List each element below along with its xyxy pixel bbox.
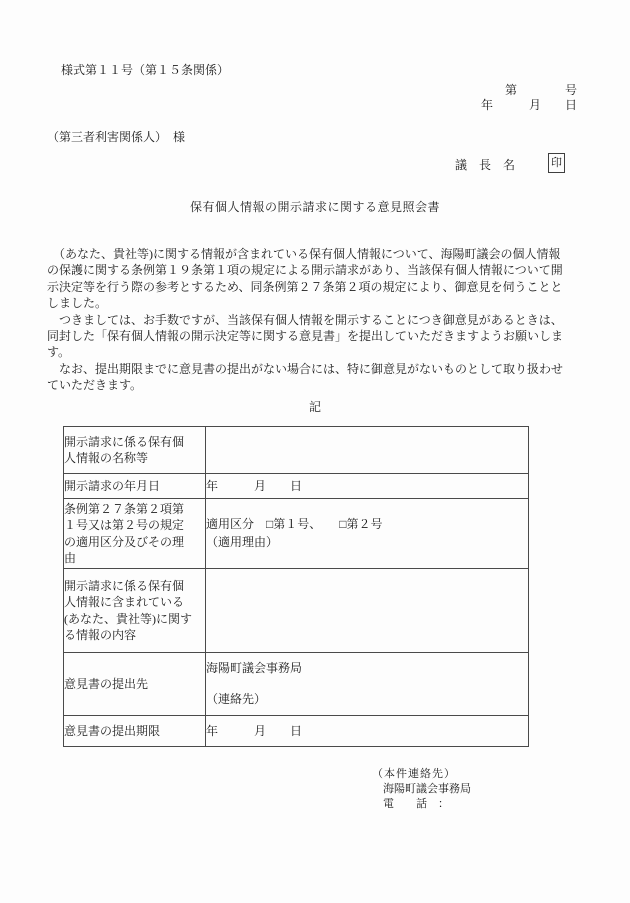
table-row-applicable-category: 条例第２７条第２項第 １号又は第２号の規定 の適用区分及びその理 由 適用区分 … (64, 499, 529, 569)
footer-contact-org: 海陽町議会事務局 (383, 780, 471, 796)
row-label-cell: 条例第２７条第２項第 １号又は第２号の規定 の適用区分及びその理 由 (64, 499, 206, 569)
body-paragraphs: （あなた、貴社等)に関する情報が含まれている保有個人情報について、海陽町議会の個… (47, 246, 622, 394)
form-table: 開示請求に係る保有個 人情報の名称等 開示請求の年月日 年 月 日 条例第２７条… (63, 426, 529, 747)
row-value-cell: 海陽町議会事務局 （連絡先） (206, 653, 529, 716)
seal-placeholder-box: 印 (548, 153, 565, 173)
table-row-submission-deadline: 意見書の提出期限 年 月 日 (64, 716, 529, 747)
table-row-request-date: 開示請求の年月日 年 月 日 (64, 474, 529, 499)
row-value-cell: 適用区分 □第１号、 □第２号 （適用理由） (206, 499, 529, 569)
row-value-cell (206, 569, 529, 653)
issue-date-line: 年 月 日 (481, 96, 577, 113)
footer-contact-header: （本件連絡先） (372, 765, 456, 781)
row-value-cell: 年 月 日 (206, 716, 529, 747)
row-value-cell: 年 月 日 (206, 474, 529, 499)
seal-mark: 印 (551, 158, 562, 169)
ki-marker: 記 (0, 398, 630, 415)
footer-contact-tel: 電 話 ： (383, 795, 449, 811)
document-page: 様式第１１号（第１５条関係） 第 号 年 月 日 （第三者利害関係人） 様 議 … (0, 0, 630, 903)
table-row-info-content: 開示請求に係る保有個 人情報に含まれている (あなた、貴社等)に関す る情報の内… (64, 569, 529, 653)
row-label-cell: 意見書の提出期限 (64, 716, 206, 747)
row-label-cell: 意見書の提出先 (64, 653, 206, 716)
row-label-cell: 開示請求に係る保有個 人情報の名称等 (64, 427, 206, 474)
page-title: 保有個人情報の開示請求に関する意見照会書 (0, 198, 630, 215)
addressee-line: （第三者利害関係人） 様 (47, 128, 185, 145)
form-number-label: 様式第１１号（第１５条関係） (61, 61, 229, 78)
row-label-cell: 開示請求に係る保有個 人情報に含まれている (あなた、貴社等)に関す る情報の内… (64, 569, 206, 653)
row-value-cell (206, 427, 529, 474)
table-row-submission-destination: 意見書の提出先 海陽町議会事務局 （連絡先） (64, 653, 529, 716)
chairman-name-label: 議 長 名 (455, 156, 515, 173)
table-row-personal-info-name: 開示請求に係る保有個 人情報の名称等 (64, 427, 529, 474)
row-label-cell: 開示請求の年月日 (64, 474, 206, 499)
